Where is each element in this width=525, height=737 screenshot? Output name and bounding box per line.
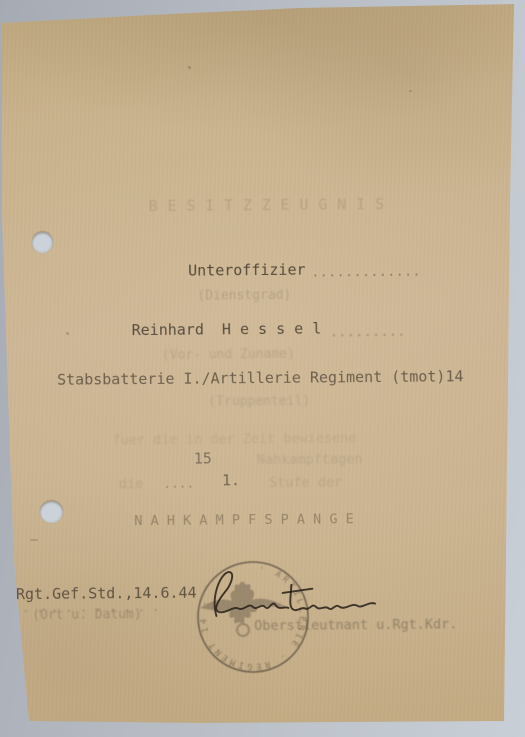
rank-dotted-line: ............. bbox=[311, 264, 421, 281]
name-caption: (Vor- und Zuname) bbox=[162, 347, 295, 363]
grade-suffix: Stufe der bbox=[269, 474, 342, 491]
combat-days-suffix: Nahkampftagen bbox=[257, 451, 363, 468]
name-dotted-line: ......... bbox=[330, 324, 406, 341]
grade-value: 1. bbox=[222, 471, 240, 489]
rank-value: Unteroffizier bbox=[188, 261, 306, 280]
document-title: B E S I T Z Z E U G N I S bbox=[148, 195, 384, 215]
unit-caption: (Truppenteil) bbox=[208, 394, 310, 410]
award-name: N A H K A M P F S P A N G E bbox=[134, 511, 354, 529]
grade-prefix: die bbox=[119, 476, 144, 492]
handwritten-signature bbox=[201, 565, 383, 629]
recipient-name: Reinhard H e s s e l bbox=[132, 319, 322, 339]
combat-days-value: 15 bbox=[194, 449, 212, 467]
place-date-caption: (Ort u. Datum) bbox=[32, 607, 142, 623]
faded-body-text: fuer die in der Zeit bewiesene bbox=[113, 430, 357, 448]
photo-of-document: B E S I T Z Z E U G N I S Unteroffizier … bbox=[0, 0, 525, 737]
rank-caption: (Dienstgrad) bbox=[197, 288, 291, 304]
unit-value: Stabsbatterie I./Artillerie Regiment (tm… bbox=[57, 367, 464, 389]
grade-dotted-line: .... bbox=[163, 477, 194, 492]
